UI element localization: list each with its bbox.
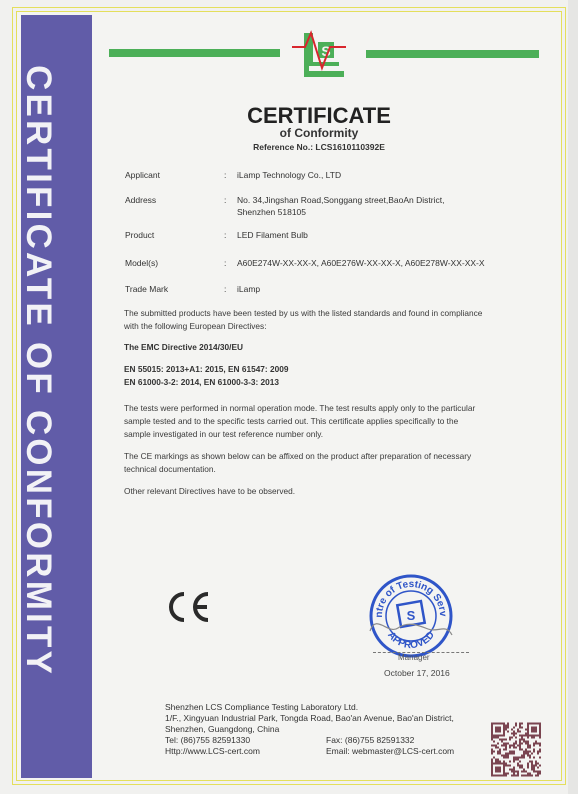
field-colon: : — [224, 283, 226, 295]
tests-line-2: sample tested and to the specific tests … — [124, 415, 544, 428]
intro-line-2: with the following European Directives: — [124, 320, 544, 333]
header-bar-right — [366, 50, 539, 58]
field-value: No. 34,Jingshan Road,Songgang street,Bao… — [237, 194, 537, 206]
field-value: A60E274W-XX-XX-X, A60E276W-XX-XX-X, A60E… — [237, 257, 557, 269]
tests-line-1: The tests were performed in normal opera… — [124, 402, 544, 415]
svg-text:S: S — [407, 608, 416, 623]
contact-row-web: Http://www.LCS-cert.com Email: webmaster… — [165, 746, 495, 757]
lab-website[interactable]: Http://www.LCS-cert.com — [165, 746, 260, 756]
lab-address-1: 1/F., Xingyuan Industrial Park, Tongda R… — [165, 713, 495, 724]
standards-line-2: EN 61000-3-2: 2014, EN 61000-3-3: 2013 — [124, 376, 544, 389]
lab-tel: Tel: (86)755 82591330 — [165, 735, 250, 745]
qr-code-icon[interactable] — [491, 722, 541, 777]
ce-mark-icon — [164, 590, 214, 624]
field-colon: : — [224, 194, 226, 206]
sidebar-title: CERTIFICATE OF CONFORMITY — [21, 65, 56, 677]
reference-number: Reference No.: LCS1610110392E — [0, 142, 578, 152]
contact-row-phone: Tel: (86)755 82591330 Fax: (86)755 82591… — [165, 735, 495, 746]
field-colon: : — [224, 257, 226, 269]
field-value-line2: Shenzhen 518105 — [237, 206, 537, 218]
field-value: iLamp — [237, 283, 537, 295]
intro-line-1: The submitted products have been tested … — [124, 307, 544, 320]
standards-line-1: EN 55015: 2013+A1: 2015, EN 61547: 2009 — [124, 363, 544, 376]
certificate-subtitle: of Conformity — [0, 126, 578, 140]
field-label: Model(s) — [125, 257, 215, 269]
field-value: LED Filament Bulb — [237, 229, 537, 241]
field-colon: : — [224, 229, 226, 241]
lab-name: Shenzhen LCS Compliance Testing Laborato… — [165, 702, 495, 713]
header-bar-left — [109, 49, 280, 57]
tests-line-3: sample investigated in our test referenc… — [124, 428, 544, 441]
ce-statement-line-2: technical documentation. — [124, 463, 544, 476]
other-directives: Other relevant Directives have to be obs… — [124, 485, 544, 498]
lab-fax: Fax: (86)755 82591332 — [326, 735, 414, 746]
field-label: Trade Mark — [125, 283, 215, 295]
issue-date: October 17, 2016 — [384, 668, 450, 678]
certificate-page: CERTIFICATE OF CONFORMITY S CERTIFICATE … — [0, 0, 578, 794]
lab-contact: Shenzhen LCS Compliance Testing Laborato… — [165, 702, 495, 757]
lab-address-2: Shenzhen, Guangdong, China — [165, 724, 495, 735]
field-label: Applicant — [125, 169, 215, 181]
lab-email[interactable]: Email: webmaster@LCS-cert.com — [326, 746, 454, 757]
field-label: Product — [125, 229, 215, 241]
lcs-logo-icon: S — [292, 30, 358, 78]
directive: The EMC Directive 2014/30/EU — [124, 341, 544, 354]
field-label: Address — [125, 194, 215, 206]
field-value: iLamp Technology Co., LTD — [237, 169, 537, 181]
signer-role: Manager — [398, 653, 430, 662]
field-colon: : — [224, 169, 226, 181]
svg-text:APPROVED: APPROVED — [385, 630, 437, 652]
approval-stamp-icon: Centre of Testing Service APPROVED S — [368, 573, 454, 659]
ce-statement-line-1: The CE markings as shown below can be af… — [124, 450, 544, 463]
